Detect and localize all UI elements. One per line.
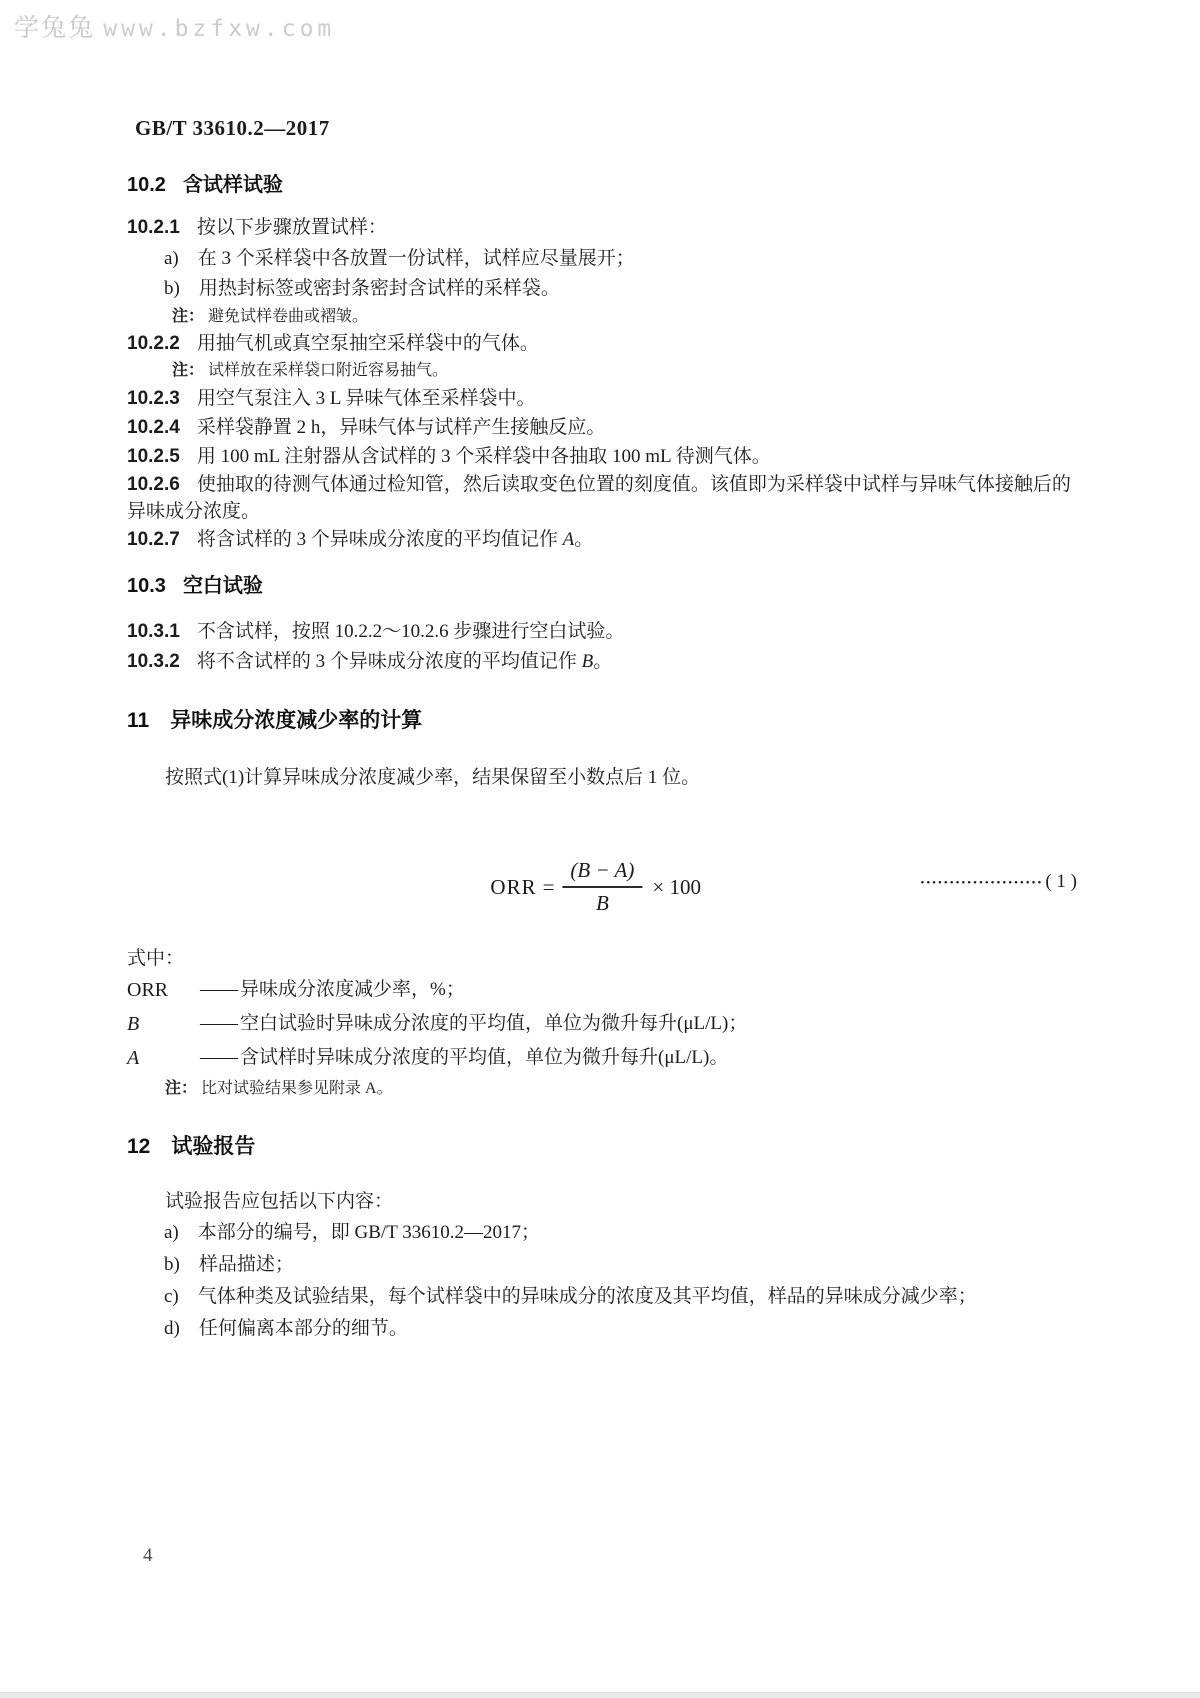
clause-10-2-1: 10.2.1按以下步骤放置试样： [127,212,1077,244]
clause-number: 10.2.1 [127,217,180,238]
clause-text: 用抽气机或真空泵抽空采样袋中的气体。 [197,333,539,354]
note-label: 注： [172,362,204,379]
section-heading-10-2: 10.2含试样试验 [127,170,1077,200]
list-label: b) [164,1254,180,1275]
clause-text: 用空气泵注入 3 L 异味气体至采样袋中。 [197,388,536,409]
definition-text: 含试样时异味成分浓度的平均值，单位为微升每升(μL/L)。 [240,1041,1077,1075]
clause-number: 10.2.6 [127,474,180,495]
variable-A: A [563,529,575,550]
definition-term: A [127,1041,200,1075]
equation-number: ( 1 ) [1045,871,1077,893]
page-number: 4 [143,1545,153,1567]
definition-dash: —— [200,1007,238,1041]
definition-B: B —— 空白试验时异味成分浓度的平均值，单位为微升每升(μL/L)； [127,1007,1077,1041]
clause-text-end: 。 [574,529,593,550]
note-label: 注： [172,308,204,325]
list-text: 样品描述； [199,1254,294,1275]
clause-text: 按以下步骤放置试样： [197,217,387,238]
note-text: 比对试验结果参见附录 A。 [201,1080,393,1097]
document-body: 10.2含试样试验 10.2.1按以下步骤放置试样： a)在 3 个采样袋中各放… [127,170,1077,1345]
section-title: 试验报告 [171,1135,255,1158]
list-label: c) [164,1286,179,1307]
clause-number: 10.2.4 [127,417,180,438]
list-item-b: b)样品描述； [127,1249,1077,1281]
clause-text: 将不含试样的 3 个异味成分浓度的平均值记作 [197,651,582,672]
definition-text: 异味成分浓度减少率，%； [240,973,1077,1007]
section-title: 含试样试验 [183,174,283,196]
equals-sign: = [543,875,555,900]
note: 注：试样放在采样袋口附近容易抽气。 [127,358,1077,384]
doc-number: GB/T 33610.2—2017 [135,116,330,141]
list-text: 在 3 个采样袋中各放置一份试样，试样应尽量展开； [198,248,635,269]
list-item-a: a)在 3 个采样袋中各放置一份试样，试样应尽量展开； [127,244,1077,274]
list-item-b: b)用热封标签或密封条密封含试样的采样袋。 [127,274,1077,304]
paragraph-report-intro: 试验报告应包括以下内容： [127,1187,1077,1217]
equation-reference: ••••••••••••••••••••• ( 1 ) [920,871,1077,893]
fraction-denominator: B [596,888,609,916]
paragraph-formula-intro: 按照式(1)计算异味成分浓度减少率，结果保留至小数点后 1 位。 [127,763,1077,793]
clause-number: 10.2.5 [127,446,180,467]
list-label: a) [164,248,179,269]
clause-number: 10.2.2 [127,333,180,354]
list-label: d) [164,1318,180,1339]
variable-B: B [582,651,594,672]
note-label: 注： [165,1080,197,1097]
watermark: 学兔兔 www.bzfxw.com [14,8,335,44]
note-text: 避免试样卷曲或褶皱。 [208,308,368,325]
formula-fraction: (B − A) B [562,858,642,916]
section-number: 11 [127,709,149,732]
fraction-numerator: (B − A) [562,858,642,888]
clause-number: 10.2.7 [127,529,180,550]
clause-text: 不含试样，按照 10.2.2～10.2.6 步骤进行空白试验。 [197,621,625,642]
scan-edge-strip [0,1692,1200,1698]
clause-10-3-2: 10.3.2将不含试样的 3 个异味成分浓度的平均值记作 B。 [127,647,1077,677]
list-text: 任何偏离本部分的细节。 [199,1318,408,1339]
section-number: 12 [127,1135,150,1158]
list-text: 气体种类及试验结果，每个试样袋中的异味成分的浓度及其平均值，样品的异味成分减少率… [198,1286,977,1307]
definition-text: 空白试验时异味成分浓度的平均值，单位为微升每升(μL/L)； [240,1007,1077,1041]
watermark-brand: 学兔兔 [14,15,95,42]
clause-10-2-2: 10.2.2用抽气机或真空泵抽空采样袋中的气体。 [127,330,1077,358]
list-item-c: c)气体种类及试验结果，每个试样袋中的异味成分的浓度及其平均值，样品的异味成分减… [127,1281,1077,1313]
definition-dash: —— [200,973,238,1007]
where-intro: 式中： [127,945,1077,973]
dot-leader: ••••••••••••••••••••• [920,877,1043,889]
list-item-d: d)任何偏离本部分的细节。 [127,1313,1077,1345]
list-text: 用热封标签或密封条密封含试样的采样袋。 [199,278,560,299]
section-number: 10.2 [127,174,166,196]
definition-orr: ORR —— 异味成分浓度减少率，%； [127,973,1077,1007]
clause-number: 10.2.3 [127,388,180,409]
equation-1: ORR = (B − A) B × 100 ••••••••••••••••••… [127,845,1077,929]
clause-text: 用 100 mL 注射器从含试样的 3 个采样袋中各抽取 100 mL 待测气体… [197,446,771,467]
list-label: b) [164,278,180,299]
note: 注：避免试样卷曲或褶皱。 [127,304,1077,330]
clause-text: 采样袋静置 2 h，异味气体与试样产生接触反应。 [197,417,606,438]
document-page: 学兔兔 www.bzfxw.com GB/T 33610.2—2017 10.2… [0,0,1200,1698]
clause-10-2-6: 10.2.6使抽取的待测气体通过检知管，然后读取变色位置的刻度值。该值即为采样袋… [127,471,1077,525]
definition-dash: —— [200,1041,238,1075]
section-heading-12: 12试验报告 [127,1131,1077,1163]
clause-number: 10.3.2 [127,651,180,672]
definition-term: B [127,1007,200,1041]
clause-10-2-7: 10.2.7将含试样的 3 个异味成分浓度的平均值记作 A。 [127,525,1077,555]
section-title: 异味成分浓度减少率的计算 [170,709,422,732]
definition-A: A —— 含试样时异味成分浓度的平均值，单位为微升每升(μL/L)。 [127,1041,1077,1075]
clause-10-2-4: 10.2.4采样袋静置 2 h，异味气体与试样产生接触反应。 [127,413,1077,442]
section-number: 10.3 [127,575,166,597]
section-heading-11: 11异味成分浓度减少率的计算 [127,705,1077,737]
clause-10-3-1: 10.3.1不含试样，按照 10.2.2～10.2.6 步骤进行空白试验。 [127,617,1077,647]
list-label: a) [164,1222,179,1243]
formula-multiplier: × 100 [652,875,701,900]
definition-term: ORR [127,973,200,1007]
list-item-a: a)本部分的编号，即 GB/T 33610.2—2017； [127,1217,1077,1249]
clause-number: 10.3.1 [127,621,180,642]
note: 注：比对试验结果参见附录 A。 [127,1075,1077,1103]
section-title: 空白试验 [183,575,263,597]
clause-10-2-5: 10.2.5用 100 mL 注射器从含试样的 3 个采样袋中各抽取 100 m… [127,442,1077,471]
clause-text-end: 。 [593,651,612,672]
clause-text: 将含试样的 3 个异味成分浓度的平均值记作 [197,529,563,550]
section-heading-10-3: 10.3空白试验 [127,571,1077,601]
formula-lhs: ORR [490,875,536,900]
note-text: 试样放在采样袋口附近容易抽气。 [208,362,448,379]
clause-text: 使抽取的待测气体通过检知管，然后读取变色位置的刻度值。该值即为采样袋中试样与异味… [127,474,1071,522]
formula-orr: ORR = (B − A) B × 100 [490,858,701,916]
watermark-site: www.bzfxw.com [103,16,335,42]
clause-10-2-3: 10.2.3用空气泵注入 3 L 异味气体至采样袋中。 [127,384,1077,413]
list-text: 本部分的编号，即 GB/T 33610.2—2017； [198,1222,540,1243]
